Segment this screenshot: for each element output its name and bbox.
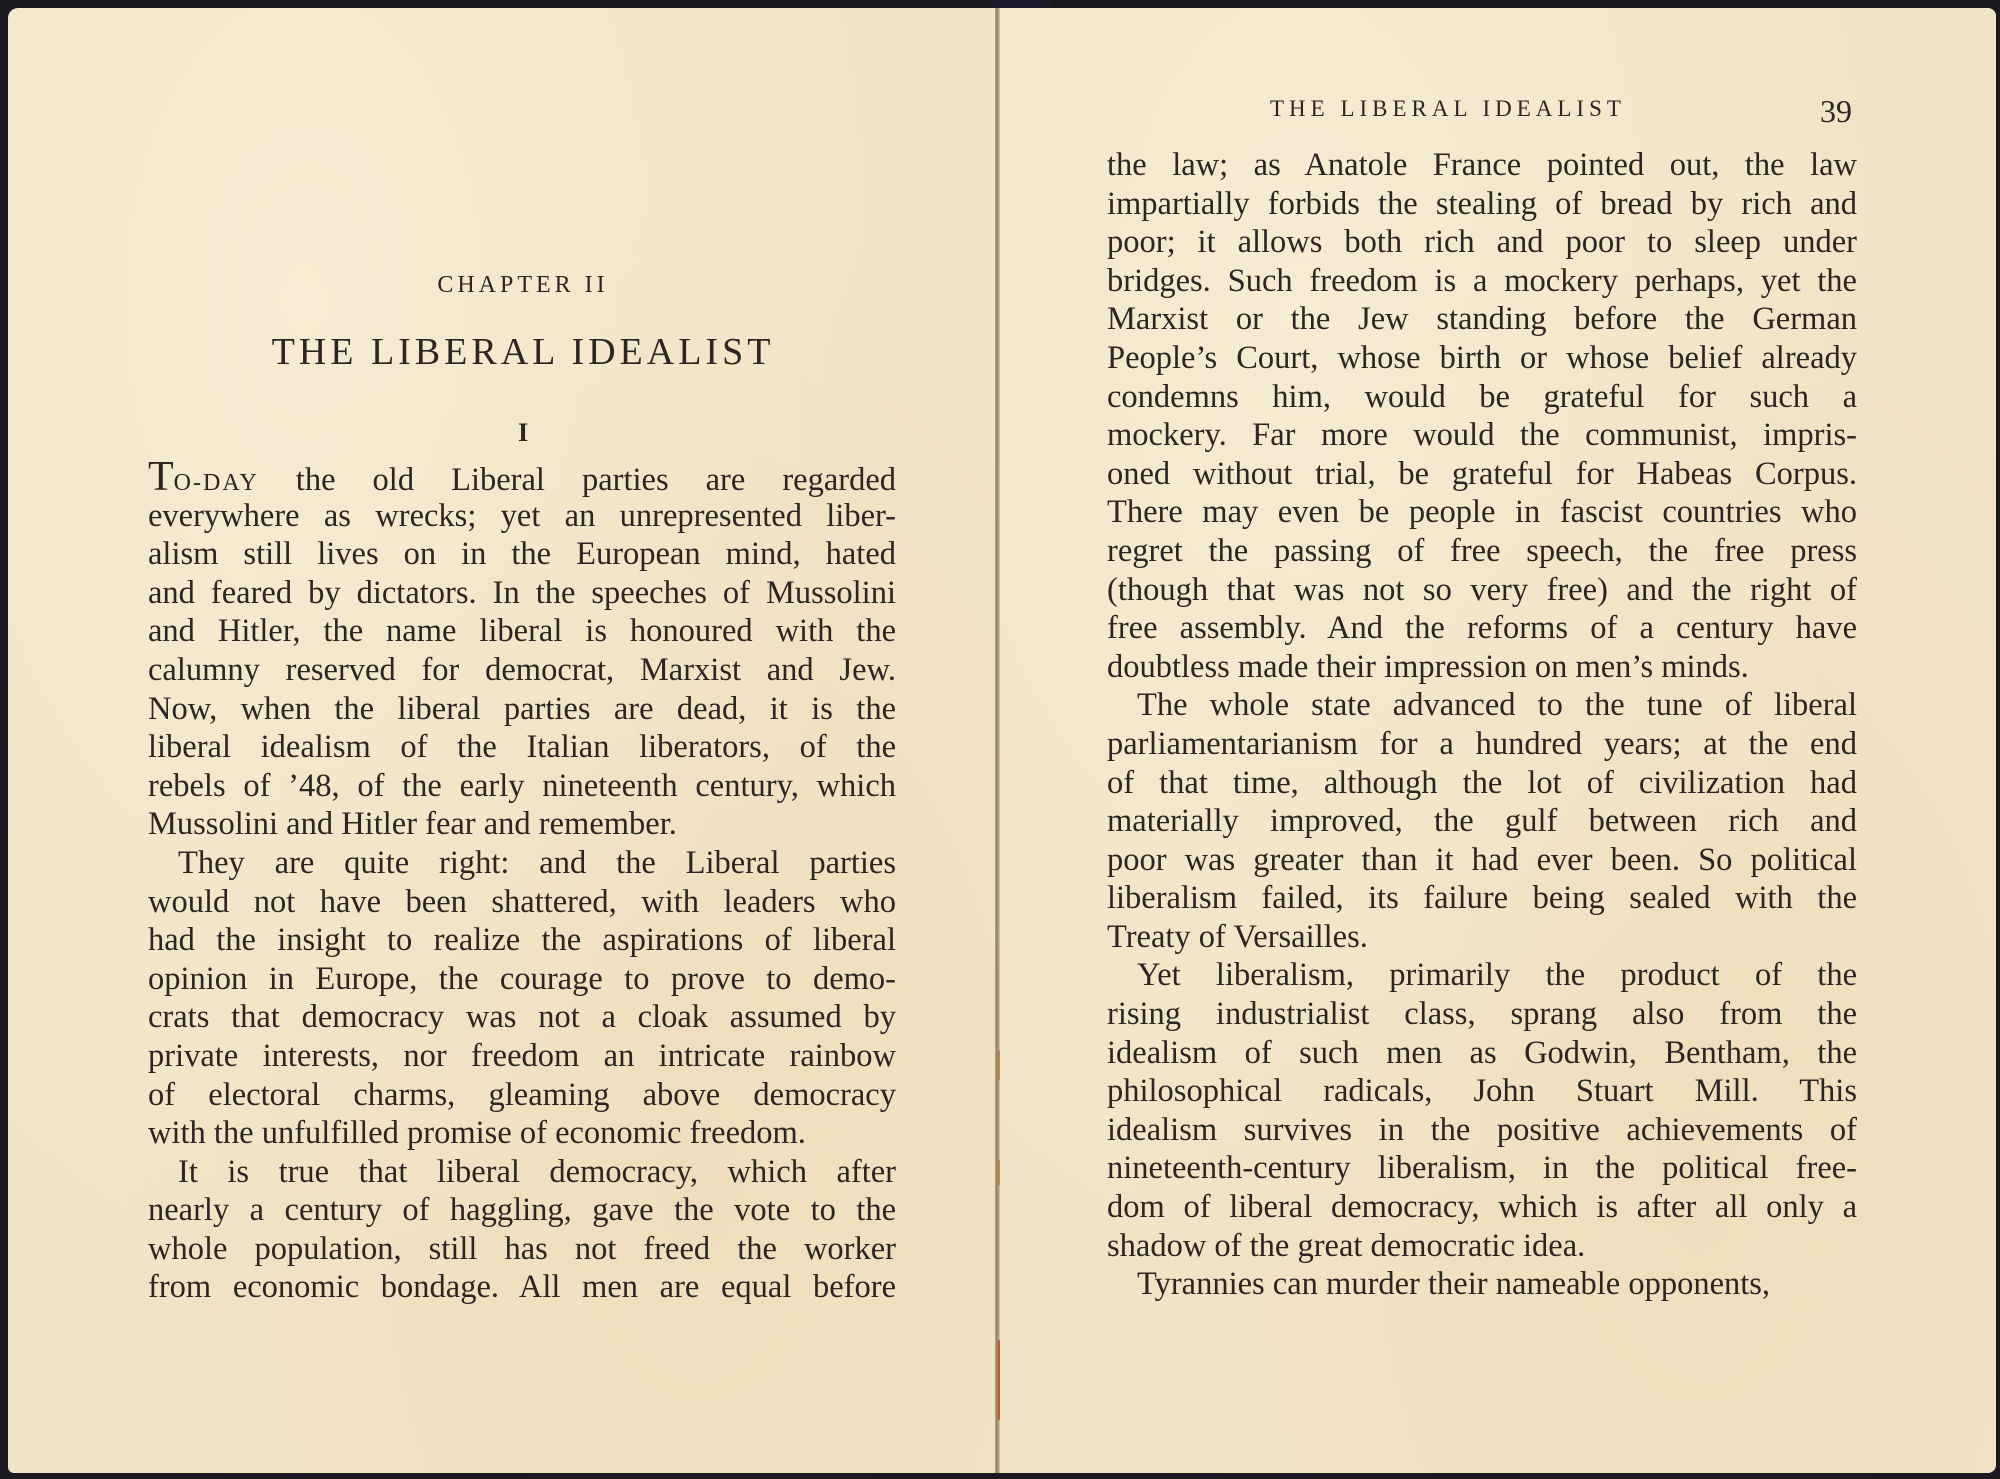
text-line: philosophical radicals, John Stuart Mill… <box>1107 1072 1857 1111</box>
text-line: calumny reserved for democrat, Marxist a… <box>148 651 896 690</box>
text-line: There may even be people in fascist coun… <box>1107 493 1857 532</box>
text-line: poor was greater than it had ever been. … <box>1107 841 1857 880</box>
text-line: Treaty of Versailles. <box>1107 918 1857 957</box>
text-line: shadow of the great democratic idea. <box>1107 1227 1857 1266</box>
text-line: rebels of ’48, of the early nineteenth c… <box>148 767 896 806</box>
text-line: would not have been shattered, with lead… <box>148 883 896 922</box>
running-head: THE LIBERAL IDEALIST <box>1270 96 1626 122</box>
text-line: idealism survives in the positive achiev… <box>1107 1111 1857 1150</box>
text-line: nineteenth-century liberalism, in the po… <box>1107 1149 1857 1188</box>
right-page-body: the law; as Anatole France pointed out, … <box>1107 146 1857 1304</box>
text-line: TO-DAY the old Liberal parties are regar… <box>148 458 896 497</box>
section-number: I <box>148 418 898 448</box>
text-line: bridges. Such freedom is a mockery perha… <box>1107 262 1857 301</box>
text-line: doubtless made their impression on men’s… <box>1107 648 1857 687</box>
text-line: everywhere as wrecks; yet an unrepresent… <box>148 497 896 536</box>
text-line: dom of liberal democracy, which is after… <box>1107 1188 1857 1227</box>
drop-cap-smallcaps: O-DAY <box>174 470 259 496</box>
text-line: whole population, still has not freed th… <box>148 1230 896 1269</box>
text-line: mockery. Far more would the communist, i… <box>1107 416 1857 455</box>
text-line: liberalism failed, its failure being sea… <box>1107 879 1857 918</box>
text-line: idealism of such men as Godwin, Bentham,… <box>1107 1034 1857 1073</box>
text-line: crats that democracy was not a cloak ass… <box>148 998 896 1037</box>
left-page-body: TO-DAY the old Liberal parties are regar… <box>148 458 896 1307</box>
text-line: People’s Court, whose birth or whose bel… <box>1107 339 1857 378</box>
text-line: Yet liberalism, primarily the product of… <box>1107 956 1857 995</box>
text-line: and Hitler, the name liberal is honoured… <box>148 612 896 651</box>
text-line: rising industrialist class, sprang also … <box>1107 995 1857 1034</box>
text-line: the law; as Anatole France pointed out, … <box>1107 146 1857 185</box>
text-line: (though that was not so very free) and t… <box>1107 571 1857 610</box>
text-line: Marxist or the Jew standing before the G… <box>1107 300 1857 339</box>
text-line: Tyrannies can murder their nameable oppo… <box>1107 1265 1857 1304</box>
text-line: materially improved, the gulf between ri… <box>1107 802 1857 841</box>
text-line: of electoral charms, gleaming above demo… <box>148 1076 896 1115</box>
text-line: impartially forbids the stealing of brea… <box>1107 185 1857 224</box>
text-line: It is true that liberal democracy, which… <box>148 1153 896 1192</box>
chapter-title: THE LIBERAL IDEALIST <box>148 330 898 374</box>
text-line: of that time, although the lot of civili… <box>1107 764 1857 803</box>
text-line: free assembly. And the reforms of a cent… <box>1107 609 1857 648</box>
drop-cap: T <box>148 454 174 500</box>
text-line: from economic bondage. All men are equal… <box>148 1268 896 1307</box>
text-line: had the insight to realize the aspiratio… <box>148 921 896 960</box>
text-line: Now, when the liberal parties are dead, … <box>148 690 896 729</box>
page-number: 39 <box>1820 93 1852 130</box>
text-line: regret the passing of free speech, the f… <box>1107 532 1857 571</box>
text-line: with the unfulfilled promise of economic… <box>148 1114 896 1153</box>
text-line: opinion in Europe, the courage to prove … <box>148 960 896 999</box>
text-line: The whole state advanced to the tune of … <box>1107 686 1857 725</box>
text-line: liberal idealism of the Italian liberato… <box>148 728 896 767</box>
text-line: They are quite right: and the Liberal pa… <box>148 844 896 883</box>
text-line: and feared by dictators. In the speeches… <box>148 574 896 613</box>
text-line: parliamentarianism for a hundred years; … <box>1107 725 1857 764</box>
chapter-label: CHAPTER II <box>148 272 898 299</box>
text-line: condemns him, would be grateful for such… <box>1107 378 1857 417</box>
text-line: alism still lives on in the European min… <box>148 535 896 574</box>
text-line: private interests, nor freedom an intric… <box>148 1037 896 1076</box>
text-line: nearly a century of haggling, gave the v… <box>148 1191 896 1230</box>
text-line: oned without trial, be grateful for Habe… <box>1107 455 1857 494</box>
text-line: Mussolini and Hitler fear and remember. <box>148 805 896 844</box>
text-line: poor; it allows both rich and poor to sl… <box>1107 223 1857 262</box>
